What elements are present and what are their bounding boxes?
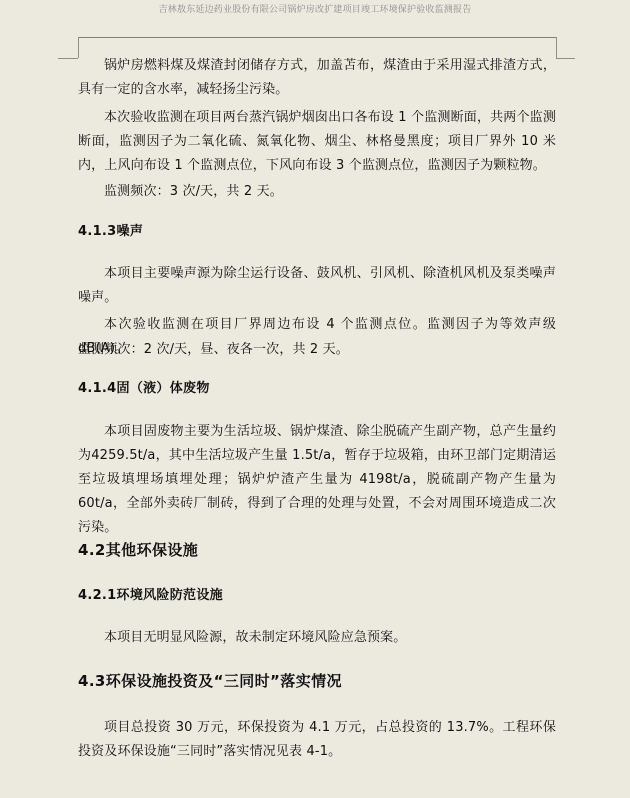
paragraph-risk: 本项目无明显风险源，故未制定环境风险应急预案。	[78, 626, 556, 650]
heading-4-1-3-noise: 4.1.3噪声	[78, 222, 143, 242]
paragraph-air-monitoring: 本次验收监测在项目两台蒸汽锅炉烟囱出口各布设 1 个监测断面，共两个监测断面，监…	[78, 106, 556, 178]
paragraph-investment: 项目总投资 30 万元，环保投资为 4.1 万元，占总投资的 13.7%。工程环…	[78, 716, 556, 764]
paragraph-noise-sources: 本项目主要噪声源为除尘运行设备、鼓风机、引风机、除渣机风机及泵类噪声噪声。	[78, 262, 556, 310]
page-top-rule	[78, 37, 556, 38]
page-corner-mark-right	[556, 37, 557, 58]
page-corner-mark-right-stub	[556, 58, 575, 59]
paragraph-air-frequency: 监测频次：3 次/天，共 2 天。	[78, 180, 556, 204]
running-header: 吉林敖东延边药业股份有限公司锅炉房改扩建项目竣工环境保护验收监测报告	[0, 4, 630, 16]
paragraph-noise-frequency: 监测频次：2 次/天，昼、夜各一次，共 2 天。	[78, 338, 556, 362]
heading-4-2-1-risk-prevention: 4.2.1环境风险防范设施	[78, 586, 223, 606]
page-corner-mark-left-stub	[58, 58, 78, 59]
heading-4-2-other-facilities: 4.2其他环保设施	[78, 539, 198, 561]
heading-4-3-investment: 4.3环保设施投资及“三同时”落实情况	[78, 670, 342, 692]
paragraph-solid-waste: 本项目固废物主要为生活垃圾、锅炉煤渣、除尘脱硫产生副产物，总产生量约为4259.…	[78, 420, 556, 540]
heading-4-1-4-solid-waste: 4.1.4固（液）体废物	[78, 379, 210, 399]
paragraph-fuel-storage: 锅炉房燃料煤及煤渣封闭储存方式，加盖苫布，煤渣由于采用湿式排渣方式，具有一定的含…	[78, 54, 556, 102]
